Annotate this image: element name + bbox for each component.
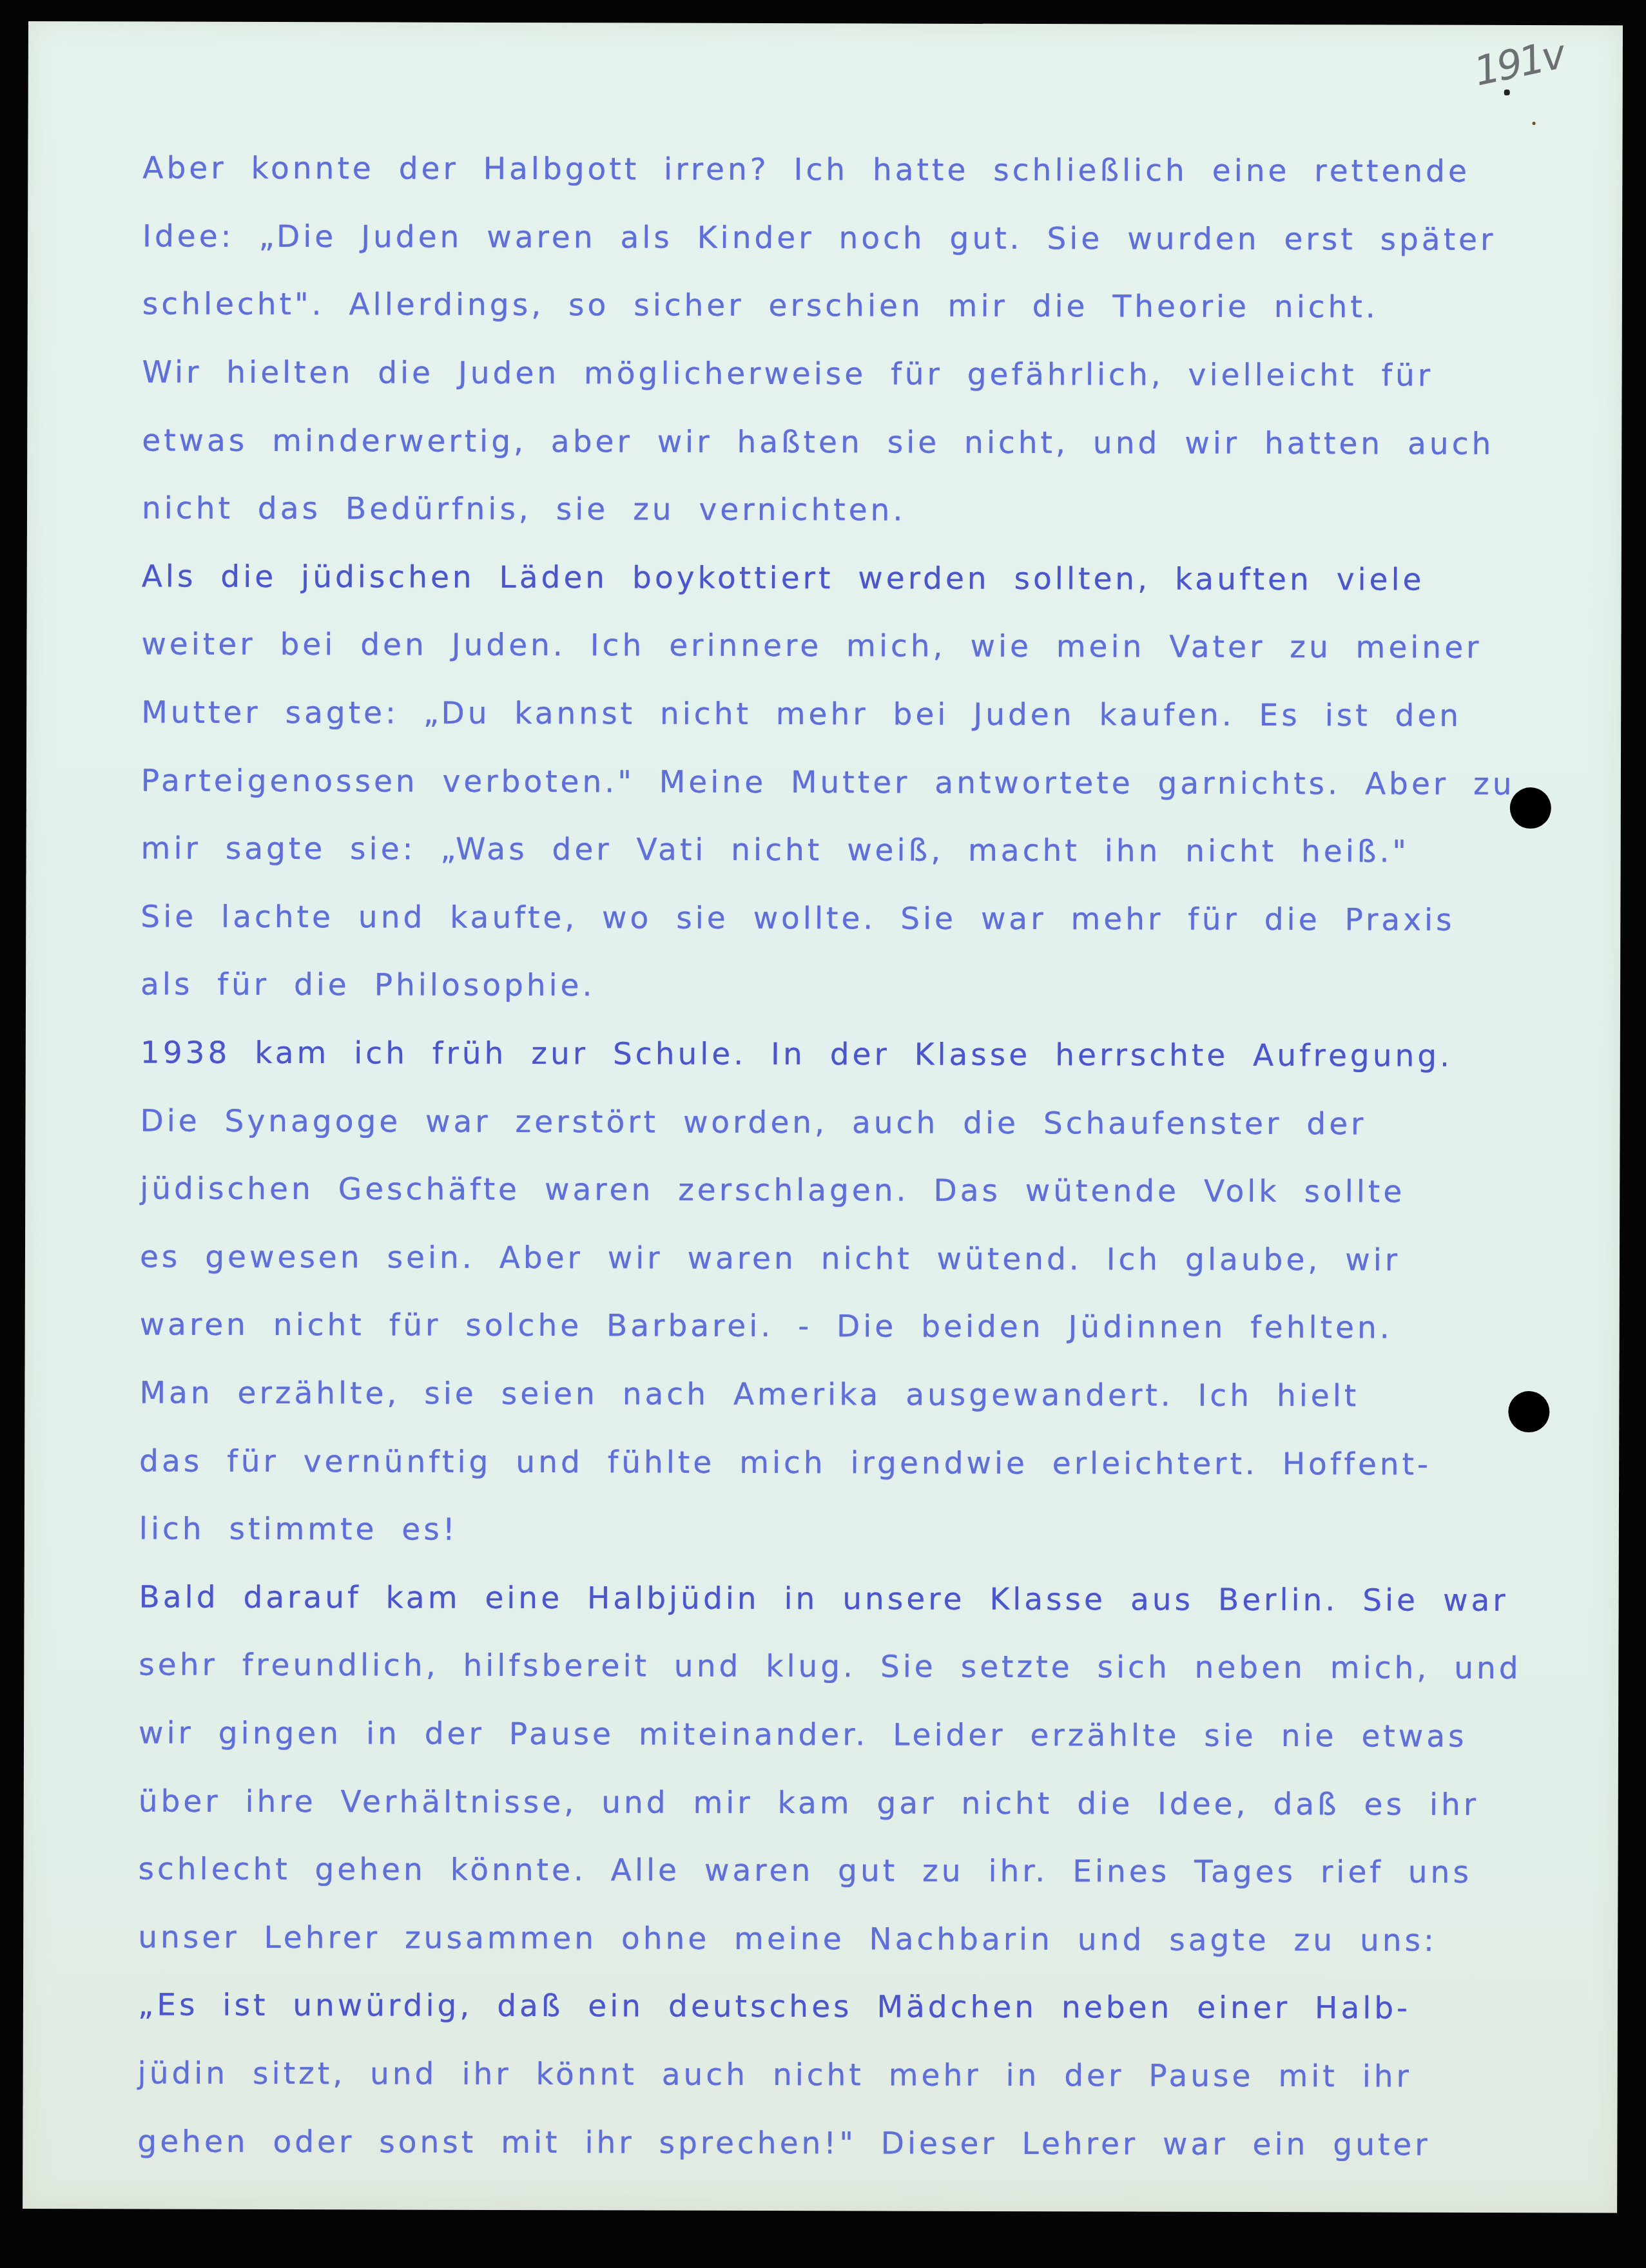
text-line: gehen oder sonst mit ihr sprechen!" Dies… [137, 2108, 1626, 2180]
text-line: waren nicht für solche Barbarei. - Die b… [140, 1291, 1629, 1363]
page-number: 191v [1470, 31, 1567, 95]
text-line: Wir hielten die Juden möglicherweise für… [142, 338, 1631, 410]
text-line: „Es ist unwürdig, daß ein deutsches Mädc… [138, 1971, 1627, 2043]
text-line: Die Synagoge war zerstört worden, auch d… [140, 1087, 1629, 1159]
text-line: jüdischen Geschäfte waren zerschlagen. D… [140, 1155, 1629, 1227]
text-line: Man erzählte, sie seien nach Amerika aus… [139, 1359, 1628, 1431]
text-line: Bald darauf kam eine Halbjüdin in unsere… [139, 1563, 1627, 1635]
text-line: als für die Philosophie. [140, 951, 1629, 1023]
text-line: weiter bei den Juden. Ich erinnere mich,… [141, 611, 1630, 683]
text-line: Aber konnte der Halbgott irren? Ich hatt… [142, 134, 1631, 206]
text-line: 1938 kam ich früh zur Schule. In der Kla… [140, 1019, 1629, 1091]
text-line: nicht das Bedürfnis, sie zu vernichten. [142, 474, 1631, 546]
text-line: jüdin sitzt, und ihr könnt auch nicht me… [138, 2039, 1627, 2111]
text-line: lich stimmte es! [139, 1495, 1628, 1567]
text-line: wir gingen in der Pause miteinander. Lei… [139, 1699, 1627, 1771]
document-page: 191v Aber konnte der Halbgott irren? Ich… [23, 21, 1623, 2213]
text-line: schlecht". Allerdings, so sicher erschie… [142, 271, 1631, 343]
text-line: schlecht gehen könnte. Alle waren gut zu… [138, 1835, 1627, 1907]
text-line: Sie lachte und kaufte, wo sie wollte. Si… [140, 883, 1629, 955]
paper-speck [1504, 90, 1510, 95]
text-line: Als die jüdischen Läden boykottiert werd… [142, 543, 1631, 615]
text-line: etwas minderwertig, aber wir haßten sie … [142, 407, 1631, 479]
text-line: sehr freundlich, hilfsbereit und klug. S… [139, 1631, 1627, 1704]
text-line: Mutter sagte: „Du kannst nicht mehr bei … [141, 678, 1630, 751]
text-line: über ihre Verhältnisse, und mir kam gar … [139, 1767, 1627, 1840]
text-line: Idee: „Die Juden waren als Kinder noch g… [142, 202, 1631, 274]
text-line: Parteigenossen verboten." Meine Mutter a… [141, 747, 1630, 819]
text-line: unser Lehrer zusammen ohne meine Nachbar… [138, 1903, 1627, 1975]
text-line: es gewesen sein. Aber wir waren nicht wü… [140, 1223, 1629, 1295]
text-line: das für vernünftig und fühlte mich irgen… [139, 1427, 1628, 1499]
paper-speck [1533, 122, 1536, 125]
text-line: mir sagte sie: „Was der Vati nicht weiß,… [141, 814, 1630, 887]
handwritten-text: Aber konnte der Halbgott irren? Ich hatt… [137, 134, 1631, 2179]
